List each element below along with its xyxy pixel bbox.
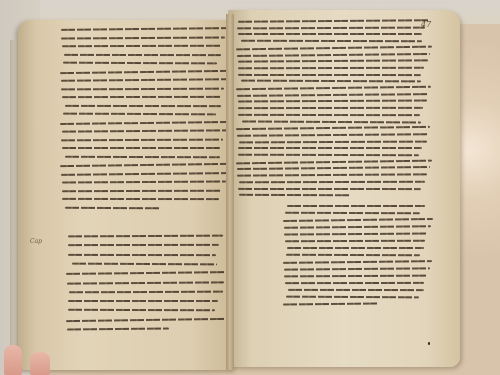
handwritten-line [238,60,428,63]
handwritten-line [61,172,228,176]
handwritten-line [60,163,230,167]
handwritten-line [283,302,378,305]
handwritten-line [67,327,169,330]
handwritten-line [239,140,427,143]
finger-2 [30,352,50,375]
handwritten-line [68,235,223,238]
handwritten-line [61,78,227,81]
handwritten-line [63,62,217,65]
ink-spot [428,342,430,345]
handwritten-line [61,87,224,90]
handwritten-line [285,212,420,214]
handwritten-line [238,67,424,70]
handwritten-line [62,147,220,149]
handwritten-line [284,267,430,270]
handwritten-line [288,289,424,291]
handwritten-line [236,86,431,90]
handwritten-line [67,281,224,284]
handwritten-line [236,126,430,130]
handwritten-line [238,100,427,103]
handwritten-line [238,19,429,22]
handwritten-line [61,27,228,31]
handwritten-line [285,240,425,242]
handwritten-line [283,260,432,264]
handwritten-line [60,121,228,125]
finger-1 [4,345,22,375]
manuscript-right-page: 47 [228,10,460,367]
handwritten-line [68,309,215,311]
manuscript-left-page: Cap [18,20,236,370]
handwritten-line [65,104,221,106]
handwritten-line [237,93,429,97]
handwritten-line [68,244,219,246]
handwritten-line [284,275,427,278]
handwritten-line [242,120,421,123]
handwritten-line [238,187,421,189]
handwritten-line [238,114,420,116]
handwritten-line [238,33,422,35]
handwritten-line [241,40,422,43]
handwritten-line [65,206,160,208]
handwritten-line [238,147,422,149]
handwritten-line [283,218,433,222]
margin-note: Cap [30,238,42,245]
handwritten-line [241,80,421,83]
handwritten-line [239,181,425,184]
handwritten-line [285,282,424,284]
handwritten-line [62,189,222,191]
handwritten-line [284,233,428,236]
handwritten-line [65,155,220,158]
handwritten-line [66,271,226,275]
handwritten-line [60,69,229,73]
book-gutter [226,14,234,370]
handwritten-line [237,173,427,176]
handwritten-line [237,53,430,57]
handwritten-line [236,45,432,50]
handwritten-line [284,225,431,229]
handwritten-line [72,262,217,265]
handwritten-line [238,107,423,109]
handwritten-line [61,138,223,141]
handwritten-line [62,96,221,98]
handwritten-line [238,74,421,76]
handwritten-line [61,36,225,39]
handwritten-line [66,318,228,322]
handwritten-line [62,45,222,47]
handwritten-line [63,113,216,116]
handwritten-line [64,53,221,55]
handwritten-line [68,300,218,302]
handwritten-line [237,26,425,29]
handwritten-line [69,290,223,293]
handwritten-line [236,159,432,164]
handwritten-line [62,198,219,200]
handwritten-line [286,296,419,299]
handwritten-line [238,154,419,157]
handwritten-line [62,129,227,132]
handwritten-line [286,254,420,257]
handwritten-line [287,205,425,207]
handwritten-line [239,194,351,197]
handwritten-line [287,247,424,249]
handwritten-line [62,180,226,183]
handwritten-line [237,133,428,136]
handwritten-line [68,253,216,255]
handwritten-line [237,166,430,170]
